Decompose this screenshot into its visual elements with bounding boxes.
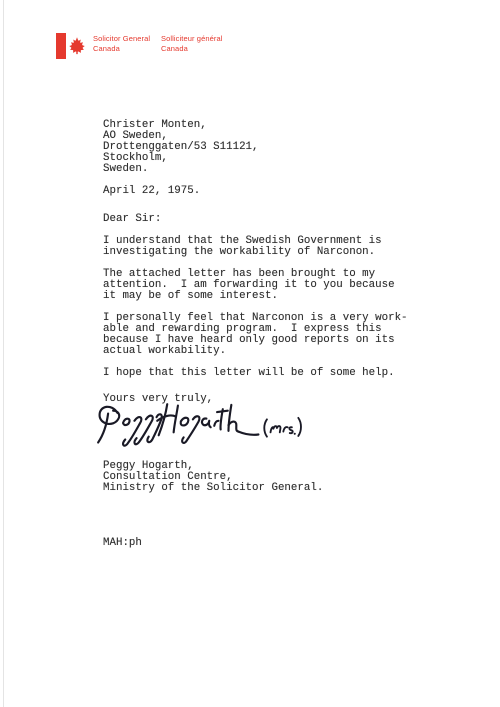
wordmark-french: Solliciteur général Canada bbox=[161, 34, 223, 53]
signoff-line: Ministry of the Solicitor General. bbox=[103, 483, 323, 494]
letter-date: April 22, 1975. bbox=[103, 186, 200, 197]
paragraph-4: I hope that this letter will be of some … bbox=[103, 368, 395, 379]
wordmark-english: Solicitor General Canada bbox=[93, 34, 150, 53]
signature-block: Peggy Hogarth, Consultation Centre, Mini… bbox=[103, 461, 323, 494]
salutation-line: Dear Sir: bbox=[103, 214, 161, 225]
body-line: it may be of some interest. bbox=[103, 291, 395, 302]
date-line: April 22, 1975. bbox=[103, 186, 200, 197]
paragraph-1: I understand that the Swedish Government… bbox=[103, 236, 382, 258]
body-line: I hope that this letter will be of some … bbox=[103, 368, 395, 379]
maple-leaf-icon bbox=[68, 33, 86, 58]
paragraph-2: The attached letter has been brought to … bbox=[103, 269, 395, 302]
address-line: Sweden. bbox=[103, 164, 259, 175]
scan-edge-line bbox=[3, 0, 4, 707]
wordmark-english-line1: Solicitor General bbox=[93, 34, 150, 44]
paragraph-3: I personally feel that Narconon is a ver… bbox=[103, 313, 408, 357]
wordmark-english-line2: Canada bbox=[93, 44, 150, 54]
body-line: actual workability. bbox=[103, 346, 408, 357]
handwritten-signature bbox=[96, 402, 304, 454]
government-header: Solicitor General Canada Solliciteur gén… bbox=[0, 0, 500, 70]
salutation: Dear Sir: bbox=[103, 214, 161, 225]
body-line: investigating the workability of Narcono… bbox=[103, 247, 382, 258]
reference-initials: MAH:ph bbox=[103, 538, 142, 549]
letter-page: Solicitor General Canada Solliciteur gén… bbox=[0, 0, 500, 707]
reference-line: MAH:ph bbox=[103, 538, 142, 549]
recipient-address: Christer Monten, AO Sweden, Drottenggate… bbox=[103, 120, 259, 175]
wordmark-french-line2: Canada bbox=[161, 44, 223, 54]
canada-flag-bar bbox=[56, 33, 66, 59]
wordmark-french-line1: Solliciteur général bbox=[161, 34, 223, 44]
